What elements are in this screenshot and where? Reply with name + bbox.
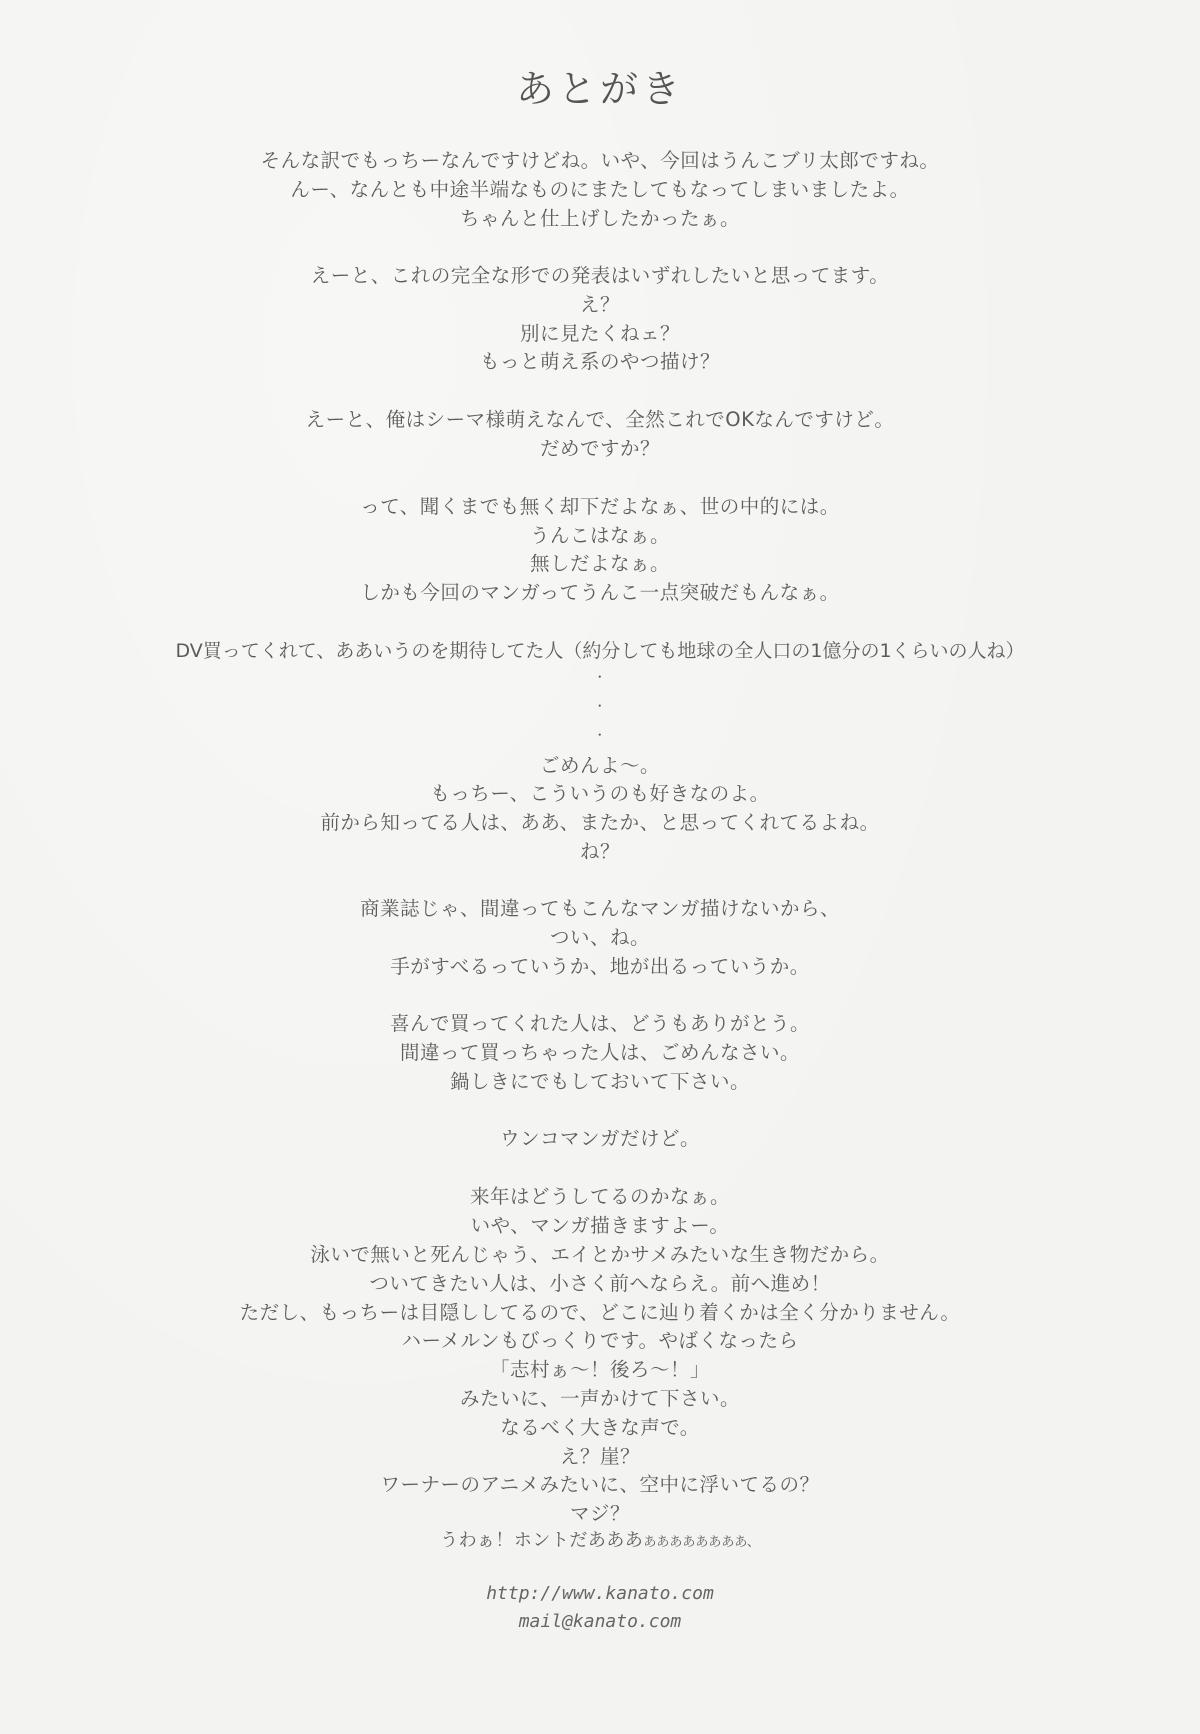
text-line: しかも今回のマンガってうんこ一点突破だもんなぁ。 [0, 580, 1200, 606]
text-line: ちゃんと仕上げしたかったぁ。 [0, 206, 1200, 232]
text-line: 「志村ぁ～！後ろ～！」 [0, 1357, 1200, 1383]
text-line: うんこはなぁ。 [0, 523, 1200, 549]
final-main: うわぁ！ホントだあああ [440, 1530, 643, 1551]
text-line-final: うわぁ！ホントだあああああああああああ、 [0, 1528, 1200, 1556]
text-line: ついてきたい人は、小さく前へならえ。前へ進め！ [0, 1271, 1200, 1297]
final-tail: ああああああああ、 [643, 1535, 759, 1550]
ellipsis-dot: ・ [0, 722, 1200, 748]
text-line: つい、ね。 [0, 925, 1200, 951]
page-title: あとがき [0, 58, 1200, 113]
text-line: えーと、俺はシーマ様萌えなんで、全然これでOKなんですけど。 [0, 407, 1200, 433]
text-line: え？ [0, 292, 1200, 318]
text-line: え？崖？ [0, 1444, 1200, 1470]
text-line: ウンコマンガだけど。 [0, 1126, 1200, 1152]
text-line: 手がすべるっていうか、地が出るっていうか。 [0, 954, 1200, 980]
text-line: マジ？ [0, 1501, 1200, 1527]
text-line: 鍋しきにでもしておいて下さい。 [0, 1069, 1200, 1095]
website-url[interactable]: http://www.kanato.com [0, 1582, 1200, 1606]
text-line: なるべく大きな声で。 [0, 1415, 1200, 1441]
text-line: DV買ってくれて、ああいうのを期待してた人（約分しても地球の全人口の1億分の1く… [0, 638, 1200, 664]
text-line: もっと萌え系のやつ描け？ [0, 349, 1200, 375]
text-line: 別に見たくねェ？ [0, 321, 1200, 347]
text-line: ワーナーのアニメみたいに、空中に浮いてるの？ [0, 1472, 1200, 1498]
text-line: ただし、もっちーは目隠ししてるので、どこに辿り着くかは全く分かりません。 [0, 1300, 1200, 1326]
text-line: 泳いで無いと死んじゃう、エイとかサメみたいな生き物だから。 [0, 1242, 1200, 1268]
text-line: ハーメルンもびっくりです。やばくなったら [0, 1328, 1200, 1354]
ellipsis-dot: ・ [0, 693, 1200, 719]
text-line: えーと、これの完全な形での発表はいずれしたいと思ってます。 [0, 263, 1200, 289]
text-line: 喜んで買ってくれた人は、どうもありがとう。 [0, 1011, 1200, 1037]
email-address[interactable]: mail@kanato.com [0, 1610, 1200, 1634]
text-line: みたいに、一声かけて下さい。 [0, 1386, 1200, 1412]
text-line: ね？ [0, 839, 1200, 865]
text-line: 無しだよなぁ。 [0, 551, 1200, 577]
text-line: いや、マンガ描きますよー。 [0, 1213, 1200, 1239]
afterword-page: あとがき そんな訳でもっちーなんですけどね。いや、今回はうんこブリ太郎ですね。 … [0, 0, 1200, 1734]
text-line: 来年はどうしてるのかなぁ。 [0, 1184, 1200, 1210]
text-line: 商業誌じゃ、間違ってもこんなマンガ描けないから、 [0, 896, 1200, 922]
text-line: だめですか？ [0, 436, 1200, 462]
text-line: もっちー、こういうのも好きなのよ。 [0, 781, 1200, 807]
text-line: んー、なんとも中途半端なものにまたしてもなってしまいましたよ。 [0, 177, 1200, 203]
text-line: って、聞くまでも無く却下だよなぁ、世の中的には。 [0, 494, 1200, 520]
text-line: ごめんよ～。 [0, 753, 1200, 779]
text-line: 間違って買っちゃった人は、ごめんなさい。 [0, 1040, 1200, 1066]
ellipsis-dot: ・ [0, 664, 1200, 690]
text-line: 前から知ってる人は、ああ、またか、と思ってくれてるよね。 [0, 810, 1200, 836]
text-line: そんな訳でもっちーなんですけどね。いや、今回はうんこブリ太郎ですね。 [0, 148, 1200, 174]
